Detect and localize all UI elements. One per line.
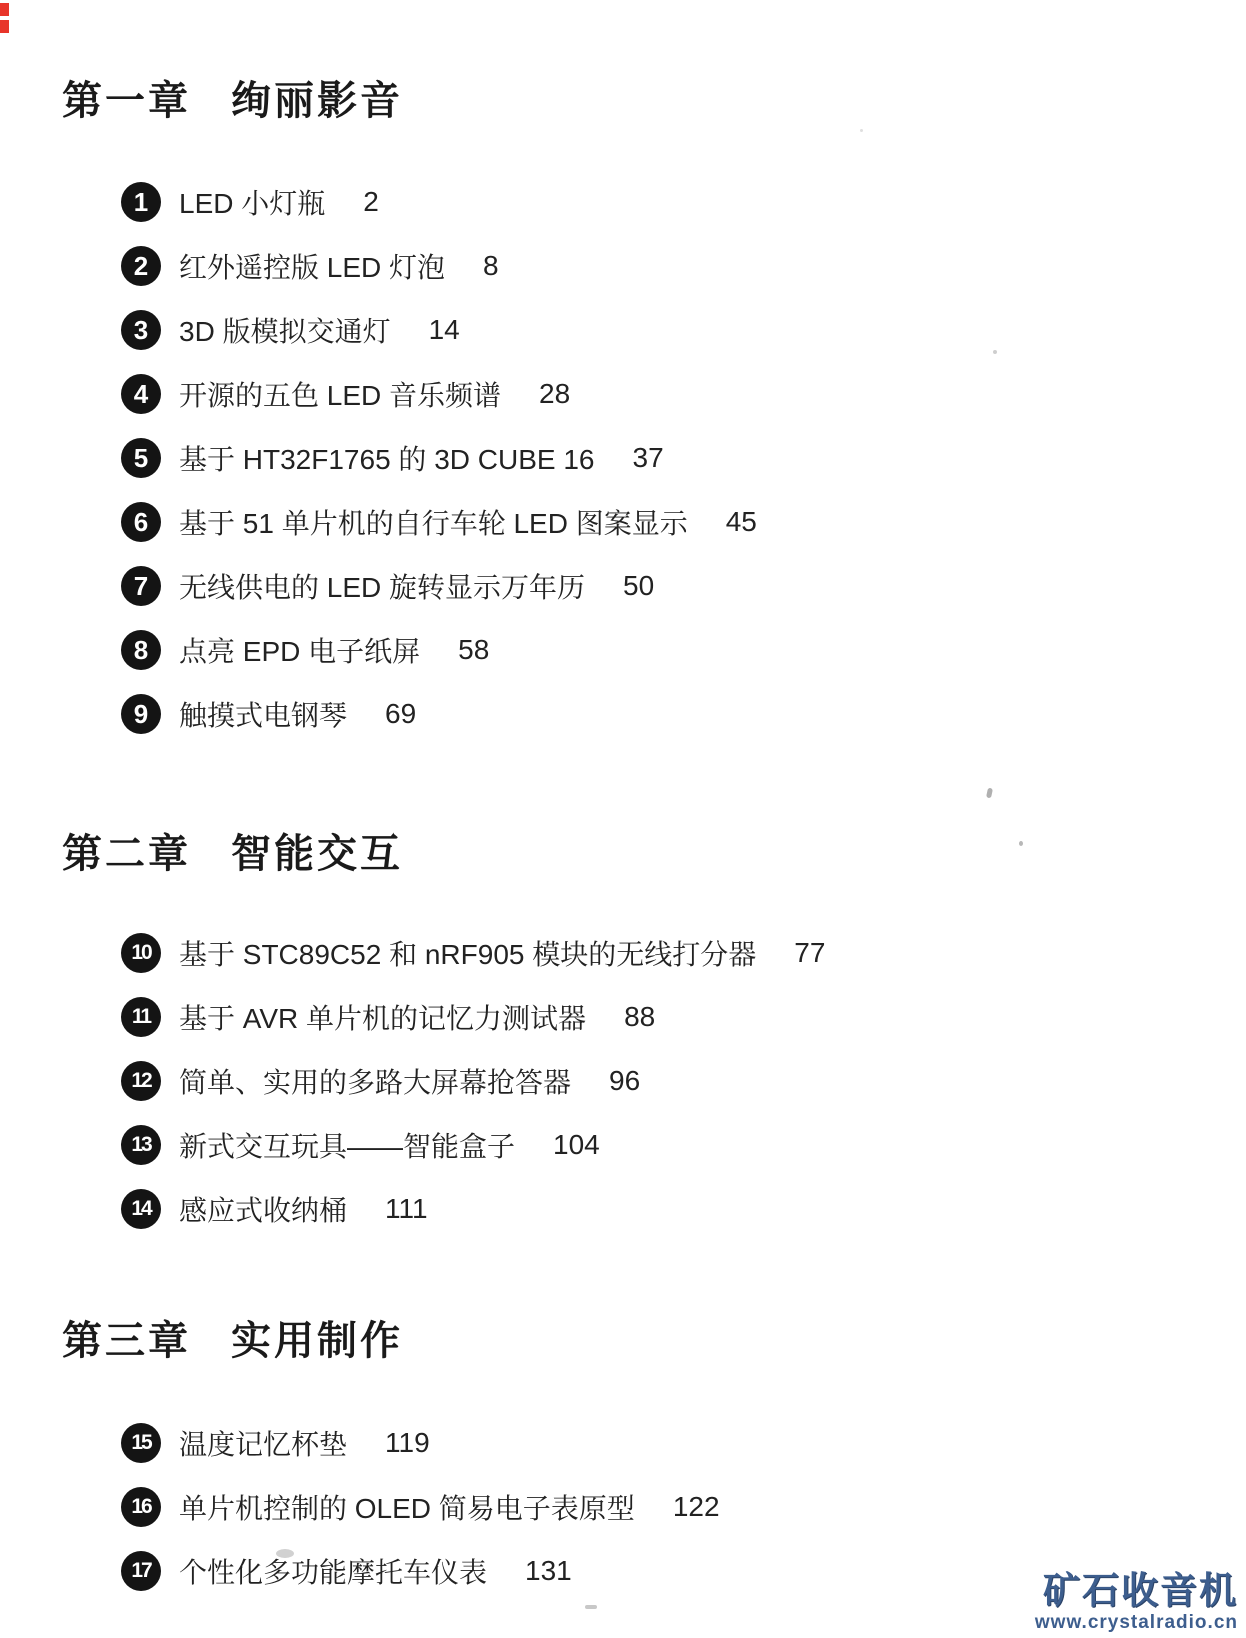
- item-title: 触摸式电钢琴: [179, 694, 347, 734]
- item-title: LED 小灯瓶: [179, 182, 325, 222]
- item-page-number: 119: [385, 1427, 430, 1459]
- toc-chapter: 第二章智能交互 10 基于 STC89C52 和 nRF905 模块的无线打分器…: [0, 758, 1246, 1229]
- item-title: 简单、实用的多路大屏幕抢答器: [179, 1061, 571, 1101]
- scan-artifact: [1019, 841, 1023, 846]
- chapter-number: 第二章: [62, 832, 191, 876]
- item-number-badge: 6: [121, 502, 161, 542]
- watermark-url: www.crystalradio.cn: [1035, 1613, 1238, 1633]
- item-title: 基于 51 单片机的自行车轮 LED 图案显示: [179, 502, 688, 542]
- item-number-badge: 2: [121, 246, 161, 286]
- item-page-number: 37: [633, 442, 664, 474]
- item-title: 单片机控制的 OLED 简易电子表原型: [179, 1487, 635, 1527]
- red-edge-mark: [0, 20, 9, 33]
- item-title: 点亮 EPD 电子纸屏: [179, 630, 420, 670]
- item-page-number: 69: [385, 698, 416, 730]
- toc-entry: 10 基于 STC89C52 和 nRF905 模块的无线打分器 77: [0, 933, 1246, 973]
- toc-entry: 16 单片机控制的 OLED 简易电子表原型 122: [0, 1487, 1246, 1527]
- scan-artifact: [993, 350, 997, 354]
- item-number-badge: 8: [121, 630, 161, 670]
- item-page-number: 131: [525, 1555, 572, 1587]
- item-title: 感应式收纳桶: [179, 1189, 347, 1229]
- chapter-item-list: 10 基于 STC89C52 和 nRF905 模块的无线打分器 77 11 基…: [0, 933, 1246, 1229]
- item-page-number: 50: [623, 570, 654, 602]
- item-number-badge: 14: [121, 1189, 161, 1229]
- scan-artifact: [276, 1549, 294, 1558]
- toc-chapter: 第一章绚丽影音 1 LED 小灯瓶 2 2 红外遥控版 LED 灯泡 8 3 3…: [0, 0, 1246, 734]
- toc-entry: 4 开源的五色 LED 音乐频谱 28: [0, 374, 1246, 414]
- item-page-number: 45: [726, 506, 757, 538]
- item-page-number: 28: [539, 378, 570, 410]
- watermark: 矿石收音机 www.crystalradio.cn: [1035, 1572, 1238, 1633]
- toc-entry: 7 无线供电的 LED 旋转显示万年历 50: [0, 566, 1246, 606]
- item-number-badge: 12: [121, 1061, 161, 1101]
- item-page-number: 96: [609, 1065, 640, 1097]
- toc-entry: 1 LED 小灯瓶 2: [0, 182, 1246, 222]
- toc-entry: 6 基于 51 单片机的自行车轮 LED 图案显示 45: [0, 502, 1246, 542]
- toc-entry: 15 温度记忆杯垫 119: [0, 1423, 1246, 1463]
- toc-entry: 11 基于 AVR 单片机的记忆力测试器 88: [0, 997, 1246, 1037]
- item-title: 开源的五色 LED 音乐频谱: [179, 374, 501, 414]
- red-edge-mark: [0, 3, 9, 16]
- watermark-brand: 矿石收音机: [1035, 1572, 1238, 1611]
- item-number-badge: 13: [121, 1125, 161, 1165]
- item-number-badge: 9: [121, 694, 161, 734]
- chapter-item-list: 1 LED 小灯瓶 2 2 红外遥控版 LED 灯泡 8 3 3D 版模拟交通灯…: [0, 182, 1246, 734]
- scan-artifact: [585, 1605, 597, 1609]
- toc-chapter: 第三章实用制作 15 温度记忆杯垫 119 16 单片机控制的 OLED 简易电…: [0, 1253, 1246, 1591]
- item-title: 温度记忆杯垫: [179, 1423, 347, 1463]
- toc-entry: 13 新式交互玩具——智能盒子 104: [0, 1125, 1246, 1165]
- toc-entry: 9 触摸式电钢琴 69: [0, 694, 1246, 734]
- item-number-badge: 4: [121, 374, 161, 414]
- chapter-number: 第一章: [62, 79, 191, 123]
- item-number-badge: 10: [121, 933, 161, 973]
- item-page-number: 104: [553, 1129, 600, 1161]
- item-page-number: 2: [363, 186, 379, 218]
- item-number-badge: 16: [121, 1487, 161, 1527]
- toc-entry: 2 红外遥控版 LED 灯泡 8: [0, 246, 1246, 286]
- chapter-heading: 第一章绚丽影音: [62, 76, 1246, 126]
- chapter-heading: 第二章智能交互: [62, 829, 1246, 879]
- item-title: 无线供电的 LED 旋转显示万年历: [179, 566, 585, 606]
- toc-page: 第一章绚丽影音 1 LED 小灯瓶 2 2 红外遥控版 LED 灯泡 8 3 3…: [0, 0, 1246, 1638]
- item-number-badge: 1: [121, 182, 161, 222]
- item-title: 基于 STC89C52 和 nRF905 模块的无线打分器: [179, 933, 756, 973]
- toc-entry: 12 简单、实用的多路大屏幕抢答器 96: [0, 1061, 1246, 1101]
- item-title: 基于 HT32F1765 的 3D CUBE 16: [179, 438, 595, 478]
- item-page-number: 88: [624, 1001, 655, 1033]
- toc-entry: 3 3D 版模拟交通灯 14: [0, 310, 1246, 350]
- item-page-number: 14: [429, 314, 460, 346]
- item-number-badge: 11: [121, 997, 161, 1037]
- chapter-item-list: 15 温度记忆杯垫 119 16 单片机控制的 OLED 简易电子表原型 122…: [0, 1423, 1246, 1591]
- item-number-badge: 17: [121, 1551, 161, 1591]
- chapter-heading: 第三章实用制作: [62, 1316, 1246, 1366]
- item-page-number: 122: [673, 1491, 720, 1523]
- chapter-number: 第三章: [62, 1319, 191, 1363]
- chapter-title: 绚丽影音: [231, 79, 403, 123]
- item-title: 新式交互玩具——智能盒子: [179, 1125, 515, 1165]
- item-page-number: 111: [385, 1193, 428, 1225]
- item-number-badge: 15: [121, 1423, 161, 1463]
- toc: 第一章绚丽影音 1 LED 小灯瓶 2 2 红外遥控版 LED 灯泡 8 3 3…: [0, 0, 1246, 1591]
- chapter-title: 智能交互: [231, 832, 403, 876]
- toc-entry: 5 基于 HT32F1765 的 3D CUBE 16 37: [0, 438, 1246, 478]
- item-number-badge: 3: [121, 310, 161, 350]
- item-title: 个性化多功能摩托车仪表: [179, 1551, 487, 1591]
- item-number-badge: 7: [121, 566, 161, 606]
- chapter-title: 实用制作: [231, 1319, 403, 1363]
- scan-artifact: [860, 129, 863, 132]
- toc-entry: 14 感应式收纳桶 111: [0, 1189, 1246, 1229]
- item-page-number: 58: [458, 634, 489, 666]
- item-page-number: 77: [794, 937, 825, 969]
- item-number-badge: 5: [121, 438, 161, 478]
- item-title: 3D 版模拟交通灯: [179, 310, 391, 350]
- toc-entry: 8 点亮 EPD 电子纸屏 58: [0, 630, 1246, 670]
- item-title: 基于 AVR 单片机的记忆力测试器: [179, 997, 586, 1037]
- item-page-number: 8: [483, 250, 499, 282]
- item-title: 红外遥控版 LED 灯泡: [179, 246, 445, 286]
